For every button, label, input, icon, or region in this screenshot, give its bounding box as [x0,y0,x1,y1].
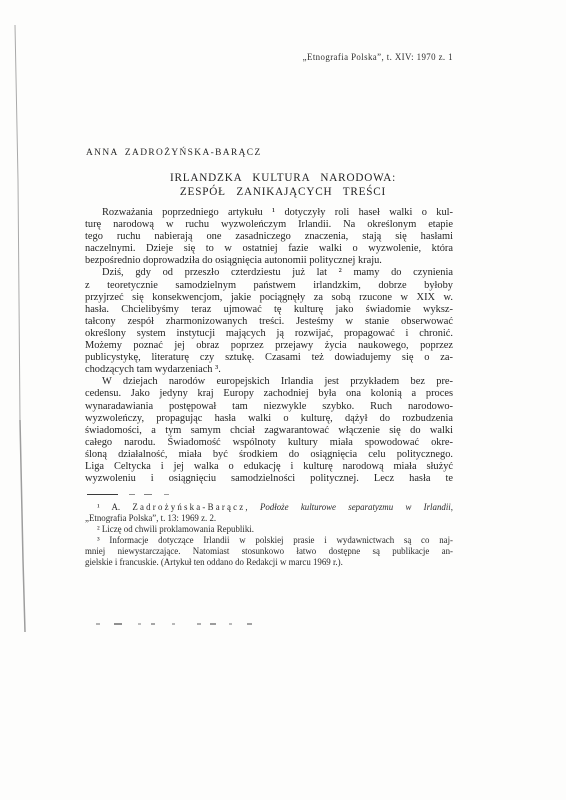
dust-speck [114,623,122,625]
footnote-1-comma: , [245,502,260,512]
body-line: śloną działalność, miała być środkiem do… [85,449,453,461]
article-title-line2: ZESPÓŁ ZANIKAJĄCYCH TREŚCI [0,186,566,200]
body-line: tego ruchu nabierają one zasadniczego zn… [85,231,453,243]
footnote-separator-dash [129,494,135,495]
footnote-separator-rule [87,494,118,495]
author-name: ANNA ZADROŻYŃSKA-BARĄCZ [86,148,262,158]
journal-header: „Etnografia Polska”, t. XIV: 1970 z. 1 [85,52,453,62]
dust-speck [96,623,100,625]
article-body: Rozważania poprzedniego artykułu ¹ dotyc… [85,207,453,485]
body-line: z teoretycznie samodzielnym państwem irl… [85,280,453,292]
body-line: tałcony zespół zharmonizowanych treści. … [85,316,453,328]
article-title: IRLANDZKA KULTURA NARODOWA: ZESPÓŁ ZANIK… [0,172,566,199]
footnotes: ¹ A. Zadrożyńska-Barącz, Podłoże kulturo… [85,502,453,567]
dust-speck [151,623,155,625]
footnote-3-line-2: mniej niewystarczające. Natomiast stosun… [85,546,453,557]
body-line: W dziejach narodów europejskich Irlandia… [85,376,453,388]
body-line: hasła. Chcielibyśmy teraz ujmować tę kul… [85,304,453,316]
body-line: całego narodu. Świadomość wspólnoty kult… [85,437,453,449]
article-title-line1: IRLANDZKA KULTURA NARODOWA: [0,172,566,186]
body-line: cedensu. Jako jedyny kraj Europy zachodn… [85,388,453,400]
dust-speck [247,623,252,625]
footnote-1-line-2: „Etnografia Polska”, t. 13: 1969 z. 2. [85,513,453,524]
scanned-document-page: „Etnografia Polska”, t. XIV: 1970 z. 1 A… [0,0,566,800]
body-line: świadomości, a tym samym chciał zagwaran… [85,425,453,437]
body-line: przyjrzeć się konsekwencjom, jakie pocią… [85,292,453,304]
body-line: wyzwoleniu i osiągnięciu samodzielności … [85,473,453,485]
footnote-1-work-title: Podłoże kulturowe separatyzmu w Irlandii [260,502,451,512]
body-line: wynaradawiania postępował tam niezwykle … [85,401,453,413]
footnote-2: ² Liczę od chwili proklamowania Republik… [85,524,453,535]
body-line: naczelnymi. Dzieje się to w ostatniej fa… [85,243,453,255]
footnote-3-line-1: ³ Informacje dotyczące Irlandii w polski… [85,535,453,546]
body-line: Dziś, gdy od przeszło czterdziestu już l… [85,267,453,279]
body-line: wyzwoleńczy, propagując hasła walki o ku… [85,413,453,425]
dust-speck [138,623,141,625]
body-line: Możemy poznać jej obraz poprzez przejawy… [85,340,453,352]
footnote-1-author-surname: Zadrożyńska-Barącz [132,502,245,512]
dust-speck [210,623,216,625]
body-line: Liga Celtycka i jej walka o edukację i k… [85,461,453,473]
footnote-3-line-3: gielskie i francuskie. (Artykuł ten odda… [85,557,453,568]
dust-speck [197,623,201,625]
body-line: turę narodową w ruchu wyzwoleńczym Irlan… [85,219,453,231]
body-line: publicystykę, literaturę czy sztukę. Cza… [85,352,453,364]
scan-dust-artifacts [96,623,276,626]
footnote-1-trailing-comma: , [451,502,453,512]
dust-speck [229,623,232,625]
dust-speck [172,623,175,625]
footnote-1-marker-and-initial: ¹ A. [97,502,132,512]
body-line: Rozważania poprzedniego artykułu ¹ dotyc… [85,207,453,219]
footnote-1-line-1: ¹ A. Zadrożyńska-Barącz, Podłoże kulturo… [85,502,453,513]
footnote-separator [87,494,227,496]
body-line: bezpośrednio doprowadziła do osiągnięcia… [85,255,453,267]
body-line: chodzących tam wydarzeniach ³. [85,364,453,376]
body-line: określony system instytucji mających ją … [85,328,453,340]
footnote-separator-dash [164,494,169,495]
footnote-separator-dash [144,494,152,495]
